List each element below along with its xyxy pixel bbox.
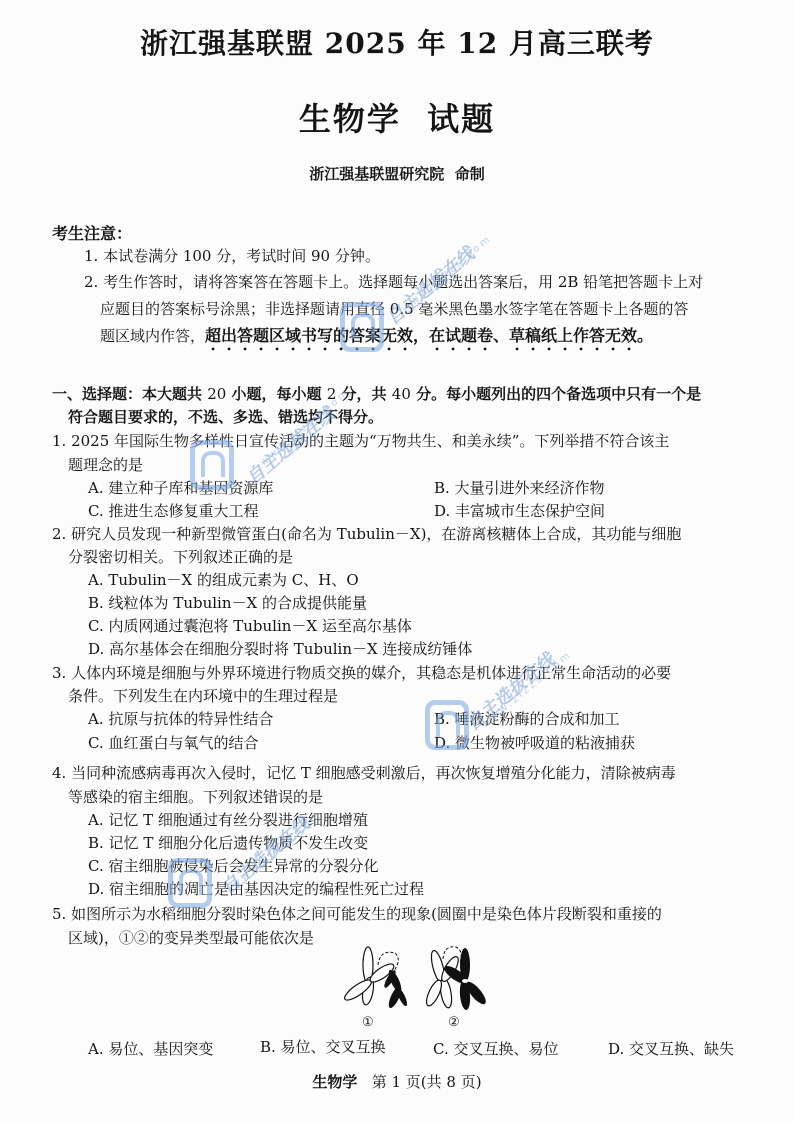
footer-subject: 生物学 [312, 1073, 357, 1091]
q5-option-c: C. 交叉互换、易位 [433, 1039, 558, 1059]
figure-label-2: ② [448, 1015, 460, 1030]
q4-stem-cont: 等感染的宿主细胞。下列叙述错误的是 [68, 787, 323, 807]
notice-plain: 题区域内作答， [100, 327, 205, 345]
watermark-logo-icon [425, 700, 469, 750]
notice-emphasis: 超出答题区域书写的答案无效，在试题卷、草稿纸上作答无效。 [205, 326, 653, 345]
q5-stem: 5. 如图所示为水稻细胞分裂时染色体之间可能发生的现象(圆圈中是染色体片段断裂和… [52, 904, 662, 924]
q1-option-b: B. 大量引进外来经济作物 [434, 478, 605, 498]
q2-stem-cont: 分裂密切相关。下列叙述正确的是 [68, 547, 293, 567]
q4-option-d: D. 宿主细胞的凋亡是由基因决定的编程性死亡过程 [88, 879, 424, 899]
q1-stem-cont: 题理念的是 [68, 455, 143, 475]
q4-stem: 4. 当同种流感病毒再次入侵时，记忆 T 细胞感受刺激后，再次恢复增殖分化能力，… [52, 763, 676, 783]
section-heading: 一、选择题：本大题共 20 小题，每小题 2 分，共 40 分。每小题列出的四个… [52, 384, 701, 404]
q2-option-b: B. 线粒体为 Tubulin－X 的合成提供能量 [88, 593, 367, 613]
section-text: 一、选择题：本大题共 [52, 385, 207, 403]
q3-stem-cont: 条件。下列发生在内环境中的生理过程是 [68, 686, 338, 706]
exam-title: 浙江强基联盟 2025 年 12 月高三联考 [0, 22, 794, 62]
author-line: 浙江强基联盟研究院 命制 [0, 163, 794, 184]
q2-option-d: D. 高尔基体会在细胞分裂时将 Tubulin－X 连接成纺锤体 [88, 639, 472, 659]
notice-item-2: 2. 考生作答时，请将答案答在答题卡上。选择题每小题选出答案后，用 2B 铅笔把… [84, 272, 703, 292]
question-count: 20 [207, 385, 226, 403]
footer-page-number: 第 1 页(共 8 页) [372, 1073, 482, 1091]
notice-heading: 考生注意： [52, 221, 132, 244]
q1-option-c: C. 推进生态修复重大工程 [88, 501, 258, 521]
q5-option-b: B. 易位、交叉互换 [260, 1037, 386, 1057]
chromosome-figure: ① ② [340, 945, 490, 1030]
q3-option-a: A. 抗原与抗体的特异性结合 [88, 709, 273, 729]
watermark-logo-icon [168, 858, 212, 908]
q4-option-b: B. 记忆 T 细胞分化后遗传物质不发生改变 [88, 833, 368, 853]
figure-1-chromosomes [342, 947, 409, 1010]
q1-option-a: A. 建立种子库和基因资源库 [88, 478, 273, 498]
q5-stem-cont: 区域)，①②的变异类型最可能依次是 [68, 928, 314, 948]
q1-option-d: D. 丰富城市生态保护空间 [434, 501, 605, 521]
section-text: 小题，每小题 [226, 385, 326, 403]
figure-label-1: ① [362, 1015, 374, 1030]
q1-stem: 1. 2025 年国际生物多样性日宣传活动的主题为“万物共生、和美永续”。下列举… [52, 431, 669, 451]
q2-option-a: A. Tubulin－X 的组成元素为 C、H、O [88, 570, 359, 590]
subject-title: 生物学 试题 [0, 94, 794, 140]
q3-stem: 3. 人体内环境是细胞与外界环境进行物质交换的媒介，其稳态是机体进行正常生命活动… [52, 663, 671, 683]
q2-option-c: C. 内质网通过囊泡将 Tubulin－X 运至高尔基体 [88, 616, 412, 636]
q5-option-d: D. 交叉互换、缺失 [608, 1039, 734, 1059]
q3-option-c: C. 血红蛋白与氧气的结合 [88, 733, 258, 753]
chromosome-diagram [340, 945, 490, 1015]
watermark-logo-icon [340, 302, 384, 352]
q2-stem: 2. 研究人员发现一种新型微管蛋白(命名为 Tubulin－X)，在游离核糖体上… [52, 524, 681, 544]
points-total: 40 [392, 385, 411, 403]
notice-item-1: 1. 本试卷满分 100 分，考试时间 90 分钟。 [84, 246, 380, 266]
section-text: 分。每小题列出的四个备选项中只有一个是 [411, 385, 701, 403]
figure-2-chromosomes [424, 947, 489, 1011]
page-footer: 生物学 第 1 页(共 8 页) [0, 1071, 794, 1092]
watermark-logo-icon [190, 440, 234, 490]
q5-option-a: A. 易位、基因突变 [88, 1039, 213, 1059]
q4-option-a: A. 记忆 T 细胞通过有丝分裂进行细胞增殖 [88, 810, 368, 830]
